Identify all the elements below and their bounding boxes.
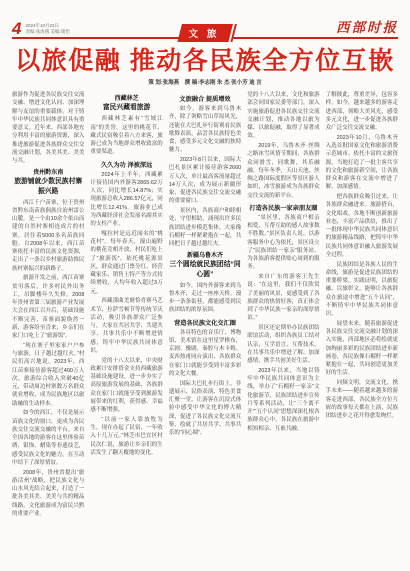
page-number: 4 [12,22,21,36]
body-paragraph: 西藏那曲羌塘恰青赛马艺术节、拉萨雪顿节等传统节庆活动，吸引各族群众广泛参与，大家… [90,297,162,355]
body-paragraph: 旅游作为促进各民族交往交流交融、增进文化认同、加深理解与友谊的重要载体，对于铸牢… [12,91,84,165]
body-paragraph: “以前一家人靠放牧为生，现在办起了民宿，一年收入十几万元。”林芝市巴宜区村民次仁… [90,416,162,457]
body-paragraph: 民族团结是各族人民的生命线，旅游是促进民族团结的重要桥梁。实践证明，以旅促融、以… [326,261,398,319]
folio-meta: 2024年10月22日 责编:张海燕 美编:康怡 [25,23,69,36]
section-heading-place: 新疆乌鲁木齐 [169,252,241,260]
newspaper-page: 4 2024年10月22日 责编:张海燕 美编:康怡 文 旅 西部时报 以旅促融… [0,0,410,571]
column-3: 文旅融合 提质增效如今，游客来到乌鲁木齐，除了领略雪山草原风光，还能在大巴扎步行… [169,91,241,571]
body-paragraph: 如今，国内外游客来到乌鲁木齐，走过一座座天桥，漫步一条条街巷，都能感受到民族团结… [169,282,241,315]
section-heading: 贵州黔东南旅游铺就少数民族村寨振兴路 [12,169,84,195]
section-heading-title: 富民兴藏看旅游 [90,103,162,112]
byline: 策 划:张海燕 撰 稿:李志刚 朱 杰 张小芳 迪 言 [0,78,410,86]
section-heading-place: 贵州黔东南 [12,169,84,177]
body-paragraph: 来自广东的游客王先生说：“在这里，我们不仅欣赏了美丽的风景，更感受到了各族群众的… [247,273,319,323]
column-4: 党的十八大以来，文化和旅游部会同国家民委等部门，深入实施旅游促进各民族交往交流交… [247,91,319,571]
section-heading-place: 西藏林芝 [90,95,162,103]
masthead-logo: 西部时报 [336,21,398,35]
body-paragraph: 同频文明，交流文化，携手未来——随着越来越多的游客走进西部，各民族全方位互嵌的故… [326,379,398,420]
column-5: 了解彼此，尊重差异，包容多样。如今，越来越多的游客走进西部，领略大美风光，感受多… [326,91,398,571]
body-paragraph: 景区内，各族商户和睦相处、守望相助，涌现出许多民族团结进步模范集体。大家像石榴籽… [169,207,241,248]
page-header: 4 2024年10月22日 责编:张海燕 美编:康怡 文 旅 西部时报 [12,18,398,39]
body-paragraph: 国际大巴扎步行街上，非遗展示、民俗表演、特色美食汇聚一堂，让游客在沉浸式体验中感… [169,380,241,438]
folio-block: 4 2024年10月22日 责编:张海燕 美编:康怡 [12,22,70,36]
body-paragraph: 2023年8月以来，国际大巴扎景区累计接待游客2660万人次，单日最高客流量超过… [169,156,241,206]
sub-heading: 文旅融合 提质增效 [169,94,241,103]
section-heading-title: 旅游铺就少数民族村寨振兴路 [12,177,84,195]
editor-line: 责编:张海燕 美编:康怡 [25,29,69,35]
body-paragraph: 各具特色的音乐厅、博物馆、美术馆在这里星罗棋布，京剧、豫剧、秦腔与木卡姆、麦西热… [169,329,241,379]
sub-heading: 久久为功 泽被深远 [90,160,162,169]
body-paragraph: “景区里，各族商户相亲相爱、互帮互助的感人故事数不胜数。”景区负责人说。以游客服… [247,214,319,272]
body-paragraph: 如今的西江，不仅是展示苗族文化的窗口，更成为各民族交往交流交融的平台。来自全国各… [12,409,84,467]
section-heading: 新疆乌鲁木齐三个圆绘就民族团结“同心圆” [169,252,241,278]
body-paragraph: 西江千户苗寨，位于贵州省黔东南苗族侗族自治州雷公山麓，是一个由10余个依山而建的… [12,199,84,273]
body-paragraph: 党的十八大以来，文化和旅游部会同国家民委等部门，深入实施旅游促进各民族交往交流交… [247,91,319,141]
body-paragraph: 党的十八大以来，中央财政累计安排资金支持西藏旅游基础设施建设，进一步夯实了高原旅… [90,357,162,415]
body-paragraph: 把各族群众吸引过来，让各族群众融进来。旅游搭台，文化唱戏。各地不断创新旅游业态，… [326,193,398,259]
headline: 以旅促融 推动各民族全方位互嵌 [4,49,406,74]
section-badge-label: 文 旅 [189,26,220,40]
sub-heading: 营造各民族文化交汇圈 [169,318,241,327]
body-paragraph: 旅游开发之前，西江苗寨贫穷落后，许多村民外出务工，吊脚楼年久失修。2008年贵州… [12,274,84,340]
body-paragraph: 景区还定期举办民族团结联谊活动，组织各族员工结对认亲，互学语言、互帮技术，在共事… [247,324,319,365]
body-paragraph: 西藏林芝素有“雪域江南”的美誉，这里的桃花节、藏式民宿吸引着八方来客，旅游已成为… [90,115,162,156]
sub-heading: 打造各民族一家亲朋友圈 [247,203,319,212]
body-paragraph: 如今，游客来到乌鲁木齐，除了领略雪山草原风光，还能在大巴扎步行街观看民族歌舞表演… [169,105,241,155]
section-heading-title: 三个圆绘就民族团结“同心圆” [169,260,241,278]
body-paragraph: 了解彼此，尊重差异，包容多样。如今，越来越多的游客走进西部，领略大美风光，感受多… [326,91,398,132]
body-paragraph: 2024年上半年，西藏累计接待国内外游客2865.62万人次，同比增长14.87… [90,171,162,229]
article-columns: 旅游作为促进各民族交往交流交融、增进文化认同、加深理解与友谊的重要载体，对于铸牢… [12,91,398,571]
section-heading: 西藏林芝富民兴藏看旅游 [90,95,162,112]
body-paragraph: 展望未来，随着旅游促进各民族交往交流交融计划的深入实施，西部地区必将绘就更加绚丽… [326,320,398,378]
body-paragraph: 嘎拉村是远近闻名的“桃花村”。每年春天，漫山遍野的桃花竞相开放，村民们吃上了“旅… [90,230,162,296]
body-paragraph: 2023年以来，当地以铸牢中华民族共同体意识为主线，举办了“石榴籽一家亲”文化旅… [247,367,319,433]
body-paragraph: 2023年10月，乌鲁木齐入选首批国家文化和旅游消费示范城市。依托丰富的文旅资源… [326,134,398,192]
body-paragraph: 2019年，乌鲁木齐·丝绸之路冰雪风情节期间，各族群众同滑雪、同歌舞，其乐融融。… [247,142,319,200]
column-2: 西藏林芝富民兴藏看旅游西藏林芝素有“雪域江南”的美誉，这里的桃花节、藏式民宿吸引… [90,91,162,571]
body-paragraph: 2008年，贵州省提出“旅游活州”战略，把民族文化与山水风光结合起来，打造了一批… [12,469,84,519]
body-paragraph: “现在寨子里家家户户参与旅游，日子越过越红火。”村民们高兴地说。2023年，西江… [12,342,84,408]
section-badge: 文 旅 [177,24,232,42]
column-1: 旅游作为促进各民族交往交流交融、增进文化认同、加深理解与友谊的重要载体，对于铸牢… [12,91,84,571]
